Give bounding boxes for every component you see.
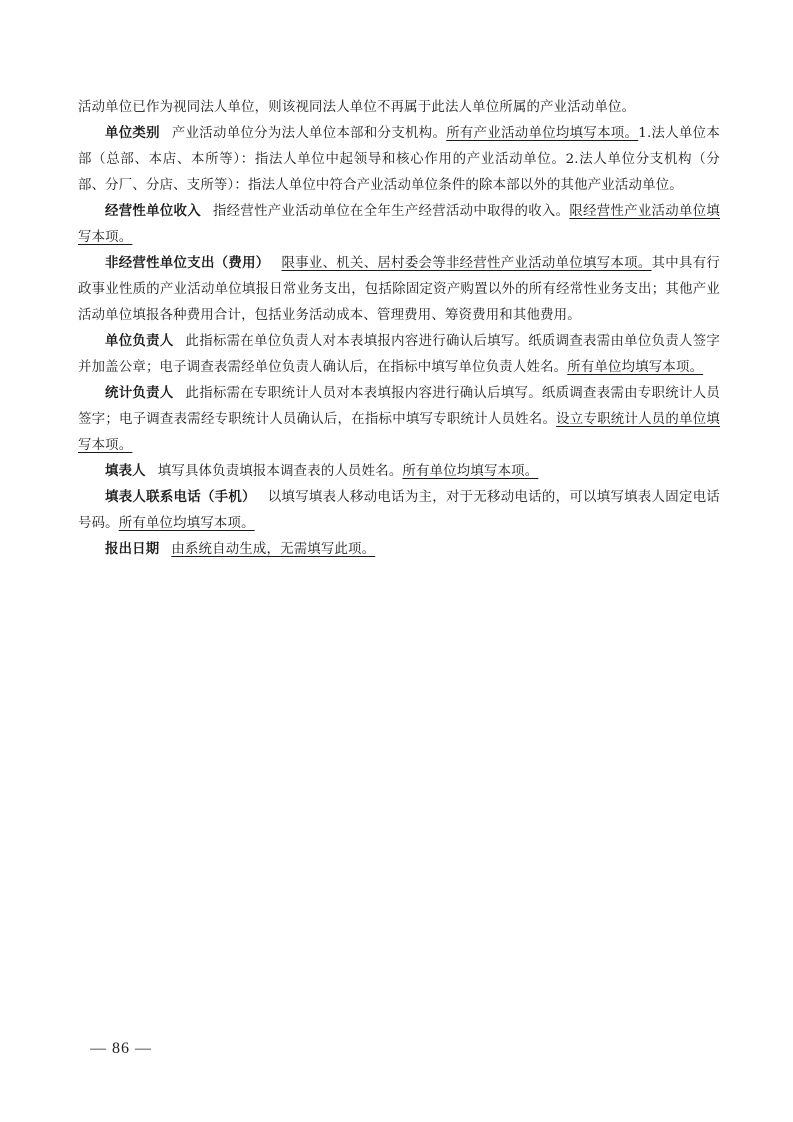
paragraph-form-filler: 填表人填写具体负责填报本调查表的人员姓名。所有单位均填写本项。 <box>78 459 720 485</box>
underlined-note: 所有单位均填写本项。 <box>119 516 255 531</box>
paragraph-unit-category: 单位类别产业活动单位分为法人单位本部和分支机构。所有产业活动单位均填写本项。1.… <box>78 121 720 199</box>
paragraph-text: 产业活动单位分为法人单位本部和分支机构。 <box>172 126 446 141</box>
page-number: — 86 — <box>90 1040 152 1058</box>
document-body: 活动单位已作为视同法人单位，则该视同法人单位不再属于此法人单位所属的产业活动单位… <box>78 95 720 563</box>
term-heading: 填表人联系电话（手机） <box>105 490 256 505</box>
paragraph-unit-head: 单位负责人此指标需在单位负责人对本表填报内容进行确认后填写。纸质调查表需由单位负… <box>78 329 720 381</box>
term-heading: 报出日期 <box>105 542 159 557</box>
term-heading: 单位负责人 <box>105 334 174 349</box>
term-heading: 经营性单位收入 <box>105 204 201 219</box>
paragraph-non-operating-expense: 非经营性单位支出（费用）限事业、机关、居村委会等非经营性产业活动单位填写本项。其… <box>78 251 720 329</box>
paragraph-report-date: 报出日期由系统自动生成，无需填写此项。 <box>78 537 720 563</box>
underlined-note: 所有产业活动单位均填写本项。 <box>446 126 638 141</box>
underlined-note: 所有单位均填写本项。 <box>567 360 703 375</box>
underlined-note: 由系统自动生成，无需填写此项。 <box>171 542 375 557</box>
paragraph-continuation: 活动单位已作为视同法人单位，则该视同法人单位不再属于此法人单位所属的产业活动单位… <box>78 95 720 121</box>
paragraph-text: 活动单位已作为视同法人单位，则该视同法人单位不再属于此法人单位所属的产业活动单位… <box>78 100 635 115</box>
paragraph-operating-income: 经营性单位收入指经营性产业活动单位在全年生产经营活动中取得的收入。限经营性产业活… <box>78 199 720 251</box>
paragraph-text: 填写具体负责填报本调查表的人员姓名。 <box>158 464 403 479</box>
term-heading: 填表人 <box>105 464 146 479</box>
term-heading: 非经营性单位支出（费用） <box>105 256 269 271</box>
paragraph-statistics-head: 统计负责人此指标需在专职统计人员对本表填报内容进行确认后填写。纸质调查表需由专职… <box>78 381 720 459</box>
term-heading: 统计负责人 <box>105 386 174 401</box>
underlined-note: 所有单位均填写本项。 <box>402 464 538 479</box>
paragraph-filler-phone: 填表人联系电话（手机）以填写填表人移动电话为主，对于无移动电话的，可以填写填表人… <box>78 485 720 537</box>
underlined-note: 限事业、机关、居村委会等非经营性产业活动单位填写本项。 <box>281 256 651 271</box>
term-heading: 单位类别 <box>105 126 160 141</box>
paragraph-text: 指经营性产业活动单位在全年生产经营活动中取得的收入。 <box>213 204 569 219</box>
